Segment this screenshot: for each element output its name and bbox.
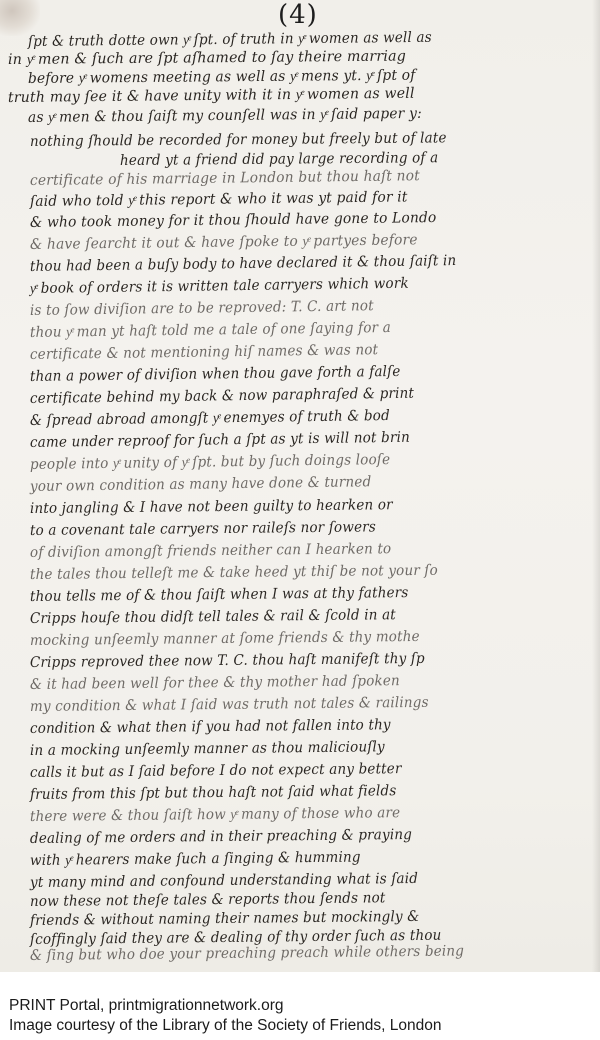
- manuscript-line: condition & what then if you had not fal…: [30, 717, 391, 737]
- manuscript-line: in yͤ men & ſuch are ſpt aſhamed to ſay …: [8, 49, 406, 69]
- manuscript-line: certificate & not mentioning hiſ names &…: [30, 342, 378, 363]
- manuscript-line: & ſpread abroad amongſt yͤ enemyes of tr…: [30, 408, 390, 430]
- manuscript-line: came under reproof for ſuch a ſpt as yt …: [30, 430, 410, 451]
- manuscript-line: as yͤ men & thou ſaiſt my counſell was i…: [28, 106, 422, 127]
- manuscript-line: than a power of diviſion when thou gave …: [30, 364, 401, 385]
- manuscript-line: my condition & what I ſaid was truth not…: [30, 695, 429, 715]
- page-number: (4): [278, 0, 318, 30]
- manuscript-line: mocking unſeemly manner at ſome friends …: [30, 629, 420, 649]
- manuscript-scan: (4) ſpt & truth dotte own yͤ ſpt. of tru…: [0, 0, 600, 972]
- manuscript-line: the tales thou telleſt me & take heed yt…: [30, 563, 438, 583]
- manuscript-line: with yͤ hearers make ſuch a ſinging & hu…: [30, 850, 361, 870]
- manuscript-line: & who took money for it thou ſhould have…: [30, 210, 437, 231]
- manuscript-line: before yͤ womens meeting as well as yͤ m…: [28, 68, 416, 88]
- manuscript-line: of diviſion amongſt friends neither can …: [30, 541, 391, 561]
- manuscript-line: yͤ book of orders it is written tale car…: [30, 276, 409, 298]
- caption-source: PRINT Portal, printmigrationnetwork.org: [9, 996, 442, 1016]
- manuscript-line: heard yt a friend did pay large recordin…: [120, 150, 438, 169]
- manuscript-line: yt many mind and confound understanding …: [30, 871, 418, 891]
- manuscript-line: & it had been well for thee & thy mother…: [30, 673, 400, 693]
- manuscript-line: dealing of me orders and in their preach…: [30, 827, 412, 847]
- manuscript-line: ſpt & truth dotte own yͤ ſpt. of truth i…: [28, 30, 432, 51]
- manuscript-line: into jangling & I have not been guilty t…: [30, 497, 393, 517]
- manuscript-line: fruits from this ſpt but thou haſt not ſ…: [30, 783, 397, 803]
- manuscript-line: nothing ſhould be recorded for money but…: [30, 130, 447, 150]
- manuscript-line: now these not theſe tales & reports thou…: [30, 890, 386, 910]
- manuscript-line: ſaid who told yͤ this report & who it wa…: [30, 189, 408, 211]
- caption-courtesy: Image courtesy of the Library of the Soc…: [9, 1016, 442, 1036]
- manuscript-line: Cripps houſe thou didſt tell tales & rai…: [30, 607, 396, 627]
- image-credit-caption: PRINT Portal, printmigrationnetwork.org …: [9, 996, 442, 1036]
- manuscript-line: certificate of his marriage in London bu…: [30, 168, 420, 189]
- manuscript-line: in a mocking unſeemly manner as thou mal…: [30, 739, 385, 759]
- manuscript-line: friends & without naming their names but…: [30, 909, 420, 929]
- manuscript-line: & ſing but who doe your preaching preach…: [30, 943, 464, 964]
- manuscript-line: people into yͤ unity of yͤ ſpt. but by ſ…: [30, 452, 390, 474]
- manuscript-line: thou had been a buſy body to have declar…: [30, 253, 457, 275]
- manuscript-line: Cripps reproved thee now T. C. thou haſt…: [30, 651, 425, 671]
- manuscript-line: your own condition as many have done & t…: [30, 474, 372, 495]
- manuscript-line: truth may ſee it & have unity with it in…: [8, 86, 415, 107]
- manuscript-line: & have ſearcht it out & have ſpoke to yͤ…: [30, 232, 418, 254]
- manuscript-line: certificate behind my back & now paraphr…: [30, 386, 414, 407]
- manuscript-line: there were & thou ſaiſt how yͤ many of t…: [30, 805, 400, 826]
- manuscript-line: to a covenant tale carryers nor raileſs …: [30, 519, 376, 539]
- manuscript-line: thou tells me of & thou ſaiſt when I was…: [30, 585, 409, 605]
- manuscript-line: thou yͤ man yt haſt told me a tale of on…: [30, 320, 391, 342]
- manuscript-line: calls it but as I ſaid before I do not e…: [30, 761, 402, 781]
- manuscript-line: is to ſow diviſion are to be reproved: T…: [30, 298, 374, 319]
